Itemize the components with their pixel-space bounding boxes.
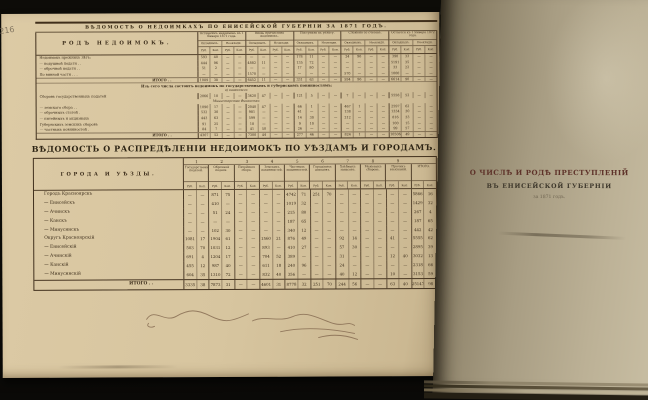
table-cell: 44: [257, 133, 269, 138]
row-cells: 847——4150——26———————9957——: [199, 125, 437, 132]
table-cell: —: [377, 126, 389, 132]
table-cell: 876: [284, 234, 297, 243]
table-cell: —: [310, 252, 323, 261]
pencil-smudge: [58, 365, 178, 369]
table-cell: —: [360, 243, 373, 252]
column-group: Городскихъ доходовъ.Руб.Коп.: [309, 165, 334, 189]
table-cell: —: [272, 199, 285, 208]
table-cell: —: [317, 133, 329, 138]
table-cell: 4: [196, 252, 209, 261]
table-cell: 1560: [259, 234, 272, 243]
table-cell: —: [310, 216, 323, 225]
table-cell: —: [246, 225, 259, 234]
table-cell: —: [259, 190, 272, 199]
table-cell: —: [310, 225, 323, 234]
table-cell: —: [184, 208, 196, 217]
table-cell: —: [348, 252, 361, 261]
table-cell: —: [310, 243, 323, 252]
table-cell: 6614: [389, 77, 401, 82]
table-cell: —: [348, 225, 361, 234]
column-subgroup-label: Окладныхъ.: [198, 40, 221, 45]
table-cell: 52: [210, 133, 222, 138]
table-cell: —: [323, 270, 336, 279]
unit-kop-label: Коп.: [347, 181, 360, 188]
column-subgroup-label: Окладныхъ.: [390, 40, 413, 45]
table-cell: —: [386, 198, 399, 207]
table-cell: —: [281, 126, 293, 132]
table-cell: —: [322, 225, 335, 234]
unit-kop-label: Коп.: [257, 46, 269, 53]
table-cell: —: [373, 189, 386, 198]
table-cell: —: [377, 93, 389, 99]
table-cell: —: [425, 125, 437, 131]
table-cell: —: [317, 126, 329, 132]
table-cell: 7: [341, 93, 353, 99]
table-cell: 331: [293, 78, 305, 83]
column-group-label: Хлѣбныхъ запасовъ.: [336, 164, 360, 181]
table-cell: —: [198, 71, 209, 77]
table-cell: —: [246, 234, 259, 243]
table-cell: 35: [196, 270, 209, 279]
row-label: Сборовъ государственныхъ податей: [37, 94, 199, 100]
table-cell: —: [365, 93, 377, 99]
column-group-label: Поступило въ уплату.: [294, 31, 341, 40]
table-cell: 2895: [411, 242, 424, 251]
table-cell: 340: [284, 225, 297, 234]
table-cell: —: [209, 71, 221, 77]
table-cell: —: [360, 260, 373, 269]
right-title-line3: за 1871 годъ.: [447, 195, 648, 200]
table-cell: 12: [386, 251, 399, 260]
table-cell: —: [247, 270, 260, 279]
unit-rub-label: Руб.: [412, 181, 424, 188]
unit-kop-label: Коп.: [353, 46, 365, 53]
table-cell: —: [272, 190, 285, 199]
table-cell: 832: [259, 270, 272, 279]
table-cell: 65: [297, 216, 310, 225]
unit-rub-label: Руб.: [361, 181, 373, 188]
table-cell: —: [269, 93, 281, 99]
table-cell: 51: [208, 208, 221, 217]
row-label: — частныхъ повинностей .: [37, 127, 199, 133]
table-cell: —: [373, 207, 386, 216]
unit-kop-label: Коп.: [221, 182, 234, 189]
unit-row: Руб.Коп.Руб.Коп.: [342, 46, 389, 53]
table-cell: 10: [386, 269, 399, 278]
table-arrears-by-district: ГОРОДА И УѢЗДЫ. 123456789 Государственны…: [33, 156, 438, 291]
column-number: [411, 157, 436, 163]
table-cell: 410: [208, 199, 221, 208]
table-cell: —: [297, 270, 310, 279]
table-cell: —: [398, 207, 411, 216]
table-cell: 30: [348, 243, 361, 252]
column-group: Вновь причислено недоимокъ.Окладныхъ.Нео…: [245, 31, 293, 53]
table-cell: —: [386, 225, 399, 234]
table-cell: 26: [293, 126, 305, 132]
table-cell: —: [398, 269, 411, 278]
table-cell: 442: [411, 225, 424, 234]
pencil-page-number: 216: [0, 25, 15, 36]
column-number: 4: [259, 158, 284, 164]
row-cells: 430752——730044——27746——8241——1050649——: [199, 132, 437, 138]
right-title-line1: О ЧИСЛѢ И РОДѢ ПРЕСТУПЛЕНІЙ: [447, 168, 648, 177]
column-group: Остается къ 1 Января 1872 года.Окладныхъ…: [388, 31, 436, 53]
table-cell: —: [221, 78, 233, 83]
table-cell: —: [272, 225, 285, 234]
table-cell: 31: [221, 280, 234, 289]
table-cell: 18: [272, 261, 285, 270]
unit-kop-label: Коп.: [271, 182, 284, 189]
column-group-label: Остается къ 1 Января 1872 года.: [389, 31, 436, 40]
table-cell: —: [377, 132, 389, 137]
table-cell: —: [234, 217, 247, 226]
table-cell: 57: [401, 126, 413, 132]
table-cell: —: [233, 71, 245, 77]
table1-header: РОДЪ НЕДОИМОКЪ. Оставалось недоимокъ къ …: [36, 31, 436, 56]
table2-stub-header: ГОРОДА И УѢЗДЫ.: [34, 158, 184, 190]
column-group-label: Вновь причислено недоимокъ.: [246, 31, 293, 40]
table-cell: —: [196, 199, 209, 208]
table-cell: 70: [322, 190, 335, 199]
right-page: О ЧИСЛѢ И РОДѢ ПРЕСТУПЛЕНІЙ ВЪ ЕНИСЕЙСКО…: [433, 0, 648, 400]
row-label: ИТОГО . .: [36, 78, 198, 83]
table-cell: —: [348, 261, 361, 270]
table-cell: —: [281, 133, 293, 138]
column-group: Поступило въ уплату.Окладныхъ.Неокладн.Р…: [293, 31, 341, 53]
table-cell: 96: [353, 77, 365, 82]
unit-rub-label: Руб.: [269, 46, 281, 53]
table-cell: 187: [411, 216, 424, 225]
table-cell: —: [329, 93, 341, 99]
column-group-label: Городскихъ доходовъ.: [310, 165, 334, 182]
table-cell: 410: [284, 243, 297, 252]
table-cell: 70: [323, 279, 336, 288]
column-number: 6: [310, 158, 335, 164]
table-cell: —: [246, 199, 259, 208]
column-number: 3: [234, 158, 259, 164]
table-cell: 11: [257, 78, 269, 83]
table-cell: 90: [401, 77, 413, 82]
unit-kop-label: Коп.: [424, 46, 436, 53]
table-cell: 244: [335, 279, 348, 288]
table-cell: —: [335, 189, 348, 198]
table-cell: 24: [221, 208, 234, 217]
table-cell: —: [247, 261, 260, 270]
table-cell: —: [257, 71, 269, 77]
table-cell: 1031: [209, 243, 222, 252]
table-cell: 893: [259, 243, 272, 252]
table-cell: —: [234, 280, 247, 289]
table-cell: —: [317, 71, 329, 77]
table-cell: 215: [284, 207, 297, 216]
table-cell: 102: [208, 226, 221, 235]
unit-row: Руб.Коп.: [184, 182, 208, 189]
column-group-label: ИТОГО.: [412, 164, 436, 181]
table-cell: —: [360, 207, 373, 216]
table-cell: 21: [272, 234, 285, 243]
table-cell: 1: [353, 132, 365, 137]
table-cell: 57: [335, 243, 348, 252]
table-cell: —: [360, 252, 373, 261]
table-cell: —: [335, 198, 348, 207]
table-cell: —: [373, 234, 386, 243]
table-cell: 41: [246, 126, 258, 132]
table-cell: 49: [297, 234, 310, 243]
table-cell: —: [348, 207, 361, 216]
table-cell: —: [281, 78, 293, 83]
table-cell: 84: [199, 126, 210, 132]
table-cell: 17: [221, 252, 234, 261]
table-cell: —: [272, 216, 285, 225]
table-cell: —: [365, 126, 377, 132]
table-cell: —: [297, 252, 310, 261]
column-number: 5: [285, 158, 310, 164]
column-subgroup-label: Неокладн.: [269, 40, 293, 45]
row-label: — Минусинскій: [34, 270, 184, 280]
table-cell: —: [348, 189, 361, 198]
table-cell: —: [398, 243, 411, 252]
unit-rub-label: Руб.: [310, 182, 322, 189]
table-cell: —: [377, 71, 389, 77]
table-cell: —: [413, 70, 425, 76]
table-row: ИТОГО . .333538787331——46013187783225170…: [34, 278, 436, 290]
table-cell: —: [329, 77, 341, 82]
unit-kop-label: Коп.: [305, 46, 317, 53]
table-cell: —: [361, 269, 374, 278]
table-cell: —: [208, 217, 221, 226]
table-cell: —: [373, 198, 386, 207]
unit-row: Руб.Коп.Руб.Коп.: [198, 46, 245, 53]
row-cells: 60435131072——83240356———4012——10—315359: [184, 269, 436, 279]
table-cell: —: [386, 207, 399, 216]
table-cell: —: [353, 71, 365, 77]
table1-stub-header: РОДЪ НЕДОИМОКЪ.: [36, 32, 198, 55]
table-cell: —: [322, 243, 335, 252]
table-cell: —: [281, 93, 293, 99]
table-cell: 71: [297, 190, 310, 199]
table-cell: —: [259, 216, 272, 225]
table-cell: —: [293, 71, 305, 77]
table-cell: —: [272, 243, 285, 252]
column-group: Питейнаго сбора.Руб.Коп.: [233, 165, 258, 189]
table-cell: —: [425, 77, 437, 82]
table-cell: 32: [423, 198, 436, 207]
left-page: 216 ВѢДОМОСТЬ О НЕДОИМКАХЪ ПО ЕНИСЕЙСКОЙ…: [1, 12, 441, 378]
table-cell: —: [386, 260, 399, 269]
table-cell: —: [365, 132, 377, 137]
table-cell: 12: [348, 269, 361, 278]
table-cell: —: [259, 199, 272, 208]
table-cell: 30: [221, 226, 234, 235]
table-cell: 5866: [411, 189, 424, 198]
table-cell: —: [310, 261, 323, 270]
unit-kop-label: Коп.: [423, 181, 436, 188]
paper-highlight: [544, 0, 648, 164]
unit-kop-label: Коп.: [281, 46, 293, 53]
table-cell: —: [386, 243, 399, 252]
table-cell: —: [373, 243, 386, 252]
table-cell: —: [317, 93, 329, 99]
column-group: Хлѣбныхъ запасовъ.Руб.Коп.: [335, 164, 360, 188]
table-cell: 1429: [411, 198, 424, 207]
column-group: Сложено со счетовъ.Окладныхъ.Неокладн.Ру…: [341, 31, 389, 53]
table-cell: 70: [196, 243, 209, 252]
table-cell: —: [246, 208, 259, 217]
table-cell: —: [398, 260, 411, 269]
table-cell: —: [413, 132, 425, 137]
table-cell: —: [310, 234, 323, 243]
unit-kop-label: Коп.: [196, 182, 209, 189]
table-cell: 41: [386, 234, 399, 243]
table-cell: 12: [221, 243, 234, 252]
table2-body: Городъ Красноярскъ——87175————47427125170…: [34, 189, 436, 290]
table-cell: 40: [399, 279, 412, 288]
column-subgroup-label: Неокладн.: [412, 40, 436, 45]
unit-row: Руб.Коп.Руб.Коп.: [294, 46, 341, 53]
table-cell: —: [373, 252, 386, 261]
table-cell: 1904: [208, 234, 221, 243]
table-cell: 56: [348, 279, 361, 288]
table-cell: —: [184, 190, 196, 199]
table-cell: 7: [210, 126, 222, 132]
table-cell: —: [269, 71, 281, 77]
table-cell: —: [310, 270, 323, 279]
table-cell: 31: [335, 252, 348, 261]
table-cell: 14: [348, 234, 361, 243]
column-group: Оставалось недоимокъ къ 1 Января 1871 го…: [198, 31, 245, 53]
table-cell: 240: [285, 261, 298, 270]
table-cell: 49: [401, 132, 413, 137]
column-number: 1: [184, 158, 209, 164]
column-subgroup-label: Окладныхъ.: [246, 40, 269, 45]
unit-row: Руб.Коп.: [412, 181, 436, 188]
table-cell: —: [272, 208, 285, 217]
table-cell: —: [269, 78, 281, 83]
table-cell: —: [322, 207, 335, 216]
column-subgroup-label: Окладныхъ.: [342, 40, 365, 45]
table-cell: —: [184, 199, 196, 208]
table-cell: —: [234, 133, 246, 138]
table-cell: —: [360, 225, 373, 234]
table-cell: 61: [221, 234, 234, 243]
unit-row: Руб.Коп.Руб.Коп.: [390, 46, 437, 53]
table-cell: —: [361, 279, 374, 288]
table-cell: 12: [297, 225, 310, 234]
table-cell: 1570: [245, 71, 257, 77]
table-cell: 8778: [285, 280, 298, 289]
table-cell: 32: [297, 199, 310, 208]
table-cell: 4601: [259, 280, 272, 289]
table-cell: —: [322, 234, 335, 243]
table-cell: 1204: [209, 252, 222, 261]
table-cell: 92: [335, 234, 348, 243]
table-cell: —: [322, 198, 335, 207]
table-cell: 4307: [199, 133, 210, 138]
table-cell: —: [247, 280, 260, 289]
unit-row: Руб.Коп.: [336, 181, 360, 188]
table-cell: 72: [221, 270, 234, 279]
table-cell: —: [281, 71, 293, 77]
row-cells: 333538787331——4601318778322517024456——63…: [184, 279, 436, 289]
unit-kop-label: Коп.: [400, 46, 412, 53]
table-cell: 455: [184, 261, 196, 270]
table-cell: —: [305, 126, 317, 132]
table-cell: —: [398, 198, 411, 207]
right-page-title-block: О ЧИСЛѢ И РОДѢ ПРЕСТУПЛЕНІЙ ВЪ ЕНИСЕЙСКО…: [447, 168, 648, 200]
table-cell: —: [329, 126, 341, 132]
table-cell: 987: [209, 261, 222, 270]
table-cell: 96: [297, 261, 310, 270]
column-group: ИТОГО.Руб.Коп.: [411, 164, 436, 188]
table-cell: —: [184, 226, 196, 235]
table1-column-groups: Оставалось недоимокъ къ 1 Января 1871 го…: [198, 31, 436, 54]
row-cells: ————1570———————570———1000———: [198, 70, 436, 77]
table-cell: —: [234, 208, 247, 217]
table-cell: —: [425, 70, 437, 76]
table-cell: —: [196, 217, 209, 226]
table-cell: —: [234, 261, 247, 270]
table-cell: 42: [424, 225, 437, 234]
column-group-label: Межевыхъ сборовъ.: [361, 164, 385, 181]
right-title-line2: ВЪ ЕНИСЕЙСКОЙ ГУБЕРНІИ: [447, 183, 648, 190]
table-cell: —: [305, 71, 317, 77]
table-cell: —: [353, 93, 365, 99]
table-cell: 824: [341, 132, 353, 137]
unit-rub-label: Руб.: [260, 182, 272, 189]
table-cell: 38: [209, 78, 221, 83]
table-cell: —: [398, 225, 411, 234]
table-cell: —: [335, 225, 348, 234]
row-label: ИТОГО . .: [37, 133, 199, 138]
column-group-label: Государственныхъ податей.: [184, 165, 208, 182]
table-cell: —: [322, 216, 335, 225]
table2-title: ВѢДОМОСТЬ О РАСПРЕДѢЛЕНІИ НЕДОИМОКЪ ПО У…: [32, 142, 436, 154]
table-cell: 691: [184, 252, 196, 261]
unit-rub-label: Руб.: [235, 182, 247, 189]
table-cell: —: [234, 225, 247, 234]
table-cell: 40: [272, 270, 285, 279]
table-cell: 1089: [198, 78, 209, 83]
table2-header: ГОРОДА И УѢЗДЫ. 123456789 Государственны…: [34, 157, 436, 191]
column-number: 8: [360, 157, 385, 163]
table-cell: 17: [196, 235, 209, 244]
unit-row: Руб.Коп.: [386, 181, 410, 188]
table-cell: —: [246, 190, 259, 199]
table-cell: —: [222, 126, 234, 132]
column-group: Государственныхъ податей.Руб.Коп.: [184, 165, 208, 189]
unit-row: Руб.Коп.Руб.Коп.: [246, 46, 293, 53]
column-group-label: Сложено со счетовъ.: [342, 31, 389, 40]
unit-rub-label: Руб.: [221, 46, 233, 53]
table-cell: —: [196, 208, 209, 217]
column-subgroup-label: Окладныхъ.: [294, 40, 317, 45]
table-cell: 1000: [389, 70, 401, 76]
table-arrears-by-kind: ВѢДОМОСТЬ О НЕДОИМКАХЪ ПО ЕНИСЕЙСКОЙ ГУБ…: [35, 20, 438, 139]
table-cell: 6452: [245, 78, 257, 83]
column-group: Прочихъ взысканій.Руб.Коп.: [385, 164, 410, 188]
table-cell: —: [247, 252, 260, 261]
table-cell: —: [348, 198, 361, 207]
table-cell: 2318: [411, 260, 424, 269]
table-cell: 40: [335, 269, 348, 278]
table-cell: —: [360, 234, 373, 243]
table-cell: 99: [389, 126, 401, 132]
table-cell: 65: [424, 216, 437, 225]
table-cell: 704: [259, 252, 272, 261]
table-cell: —: [234, 243, 247, 252]
column-subgroup-label: Неокладн.: [317, 40, 341, 45]
table-cell: 871: [208, 190, 221, 199]
